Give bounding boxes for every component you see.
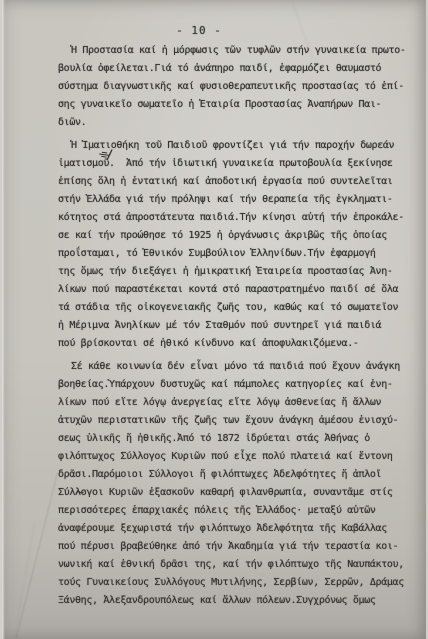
document-body-text: Ἡ Προστασία καί ἡ μόρφωσις τῶν τυφλῶν στ… xyxy=(58,42,410,615)
text-line: πού πέρυσι βραβεύθηκε ἀπό τήν Ἀκαδημία γ… xyxy=(58,538,410,556)
paper-crease xyxy=(14,521,36,639)
text-line: διῶν. xyxy=(58,114,410,132)
scanned-document-page: { "page_number": "- 10 -", "doc": { "par… xyxy=(0,0,428,639)
text-line: περισσότερες ἐπαρχιακές πόλεις τῆς Ἑλλάδ… xyxy=(58,502,410,520)
text-line: στήν Ἑλλάδα γιά τήν πρόληψι καί τήν θερα… xyxy=(58,191,410,209)
text-line: Ἡ Προστασία καί ἡ μόρφωσις τῶν τυφλῶν στ… xyxy=(58,42,410,60)
text-line: κότητος στά ἀπροστάτευτα παιδιά.Τήν κίνη… xyxy=(58,209,410,227)
paper-crease xyxy=(15,472,58,637)
paragraph: Ἡ Ἱματιοθήκη τοῦ Παιδιοῦ φροντίζει γιά τ… xyxy=(58,137,410,353)
text-line: βοηθείας.Ὑπάρχουν δυστυχῶς καί πάμπολες … xyxy=(58,376,410,394)
text-line: λίκων πού παραστέκεται κοντά στό παραστρ… xyxy=(58,281,410,299)
text-line: προΐσταμαι, τό Ἐθνικόν Συμβούλιον Ἑλληνί… xyxy=(58,245,410,263)
paper-page: - 10 - Ἡ Προστασία καί ἡ μόρφωσις τῶν τυ… xyxy=(2,0,426,639)
text-line: σης γυναικεῖο σωματεῖο ἡ Ἑταιρία Προστασ… xyxy=(58,96,410,114)
text-line: ἐπίσης ὅλη ἡ ἐντατική καί ἀποδοτική ἐργα… xyxy=(58,173,410,191)
text-line: ἡ Μέριμνα Ἀνηλίκων μέ τόν Σταθμόν πού συ… xyxy=(58,317,410,335)
text-line: βουλία ὀφείλεται.Γιά τό ἀνάπηρο παιδί, ἐ… xyxy=(58,60,410,78)
page-number: - 10 - xyxy=(2,24,396,37)
text-line: Ξάνθης, Ἀλεξανδρουπόλεως καί ἄλλων πόλεω… xyxy=(58,592,410,610)
text-line: ἱματισμοῦ. Ἀπό τήν ἰδιωτική γυναικεία πρ… xyxy=(58,155,410,173)
text-line: δρᾶσι.Παρόμοιοι Σύλλογοι ἤ φιλόπτωχες Ἀδ… xyxy=(58,466,410,484)
text-line: σύστημα διαγνωστικῆς καί φυσιοθεραπευτικ… xyxy=(58,78,410,96)
text-line: Σέ κάθε κοινωνία δέν εἶναι μόνο τά παιδι… xyxy=(58,358,410,376)
text-line: σε καί τήν προώθησε τό 1925 ἡ ὀργάνωσις … xyxy=(58,227,410,245)
paragraph: Σέ κάθε κοινωνία δέν εἶναι μόνο τά παιδι… xyxy=(58,358,410,610)
text-line: Ἡ Ἱματιοθήκη τοῦ Παιδιοῦ φροντίζει γιά τ… xyxy=(58,137,410,155)
text-line: νωνική καί ἐθνική δρᾶσι της, καί τήν φιλ… xyxy=(58,556,410,574)
text-line: ἀτυχῶν περιστατικῶν τῆς ζωῆς των ἔχουν ἀ… xyxy=(58,412,410,430)
text-line: τά στάδια τῆς οἰκογενειακῆς ζωῆς του, κα… xyxy=(58,299,410,317)
text-line: της ὅμως τήν διεξάγει ἡ ἡμικρατική Ἑταιρ… xyxy=(58,263,410,281)
text-line: ἀναφέρουμε ξεχωριστά τήν φιλόπτωχο Ἀδελφ… xyxy=(58,520,410,538)
text-line: σεως ὑλικῆς ἤ ἠθικῆς.Ἀπό τό 1872 ἱδρύετα… xyxy=(58,430,410,448)
scan-edge-highlight xyxy=(2,0,5,639)
text-line: φιλόπτωχος Σύλλογος Κυριῶν πού εἶχε πολύ… xyxy=(58,448,410,466)
text-line: πού βρίσκονται σέ ἠθικό κίνδυνο καί ἀποφ… xyxy=(58,335,410,353)
paragraph: Ἡ Προστασία καί ἡ μόρφωσις τῶν τυφλῶν στ… xyxy=(58,42,410,132)
text-line: λίκων πού εἴτε λόγῳ ἀνεργείας εἴτε λόγῳ … xyxy=(58,394,410,412)
text-line: τούς Γυναικείους Συλλόγους Μυτιλήνης, Σε… xyxy=(58,574,410,592)
text-line: Σύλλογοι Κυριῶν ἐξασκοῦν καθαρή φιλανθρω… xyxy=(58,484,410,502)
